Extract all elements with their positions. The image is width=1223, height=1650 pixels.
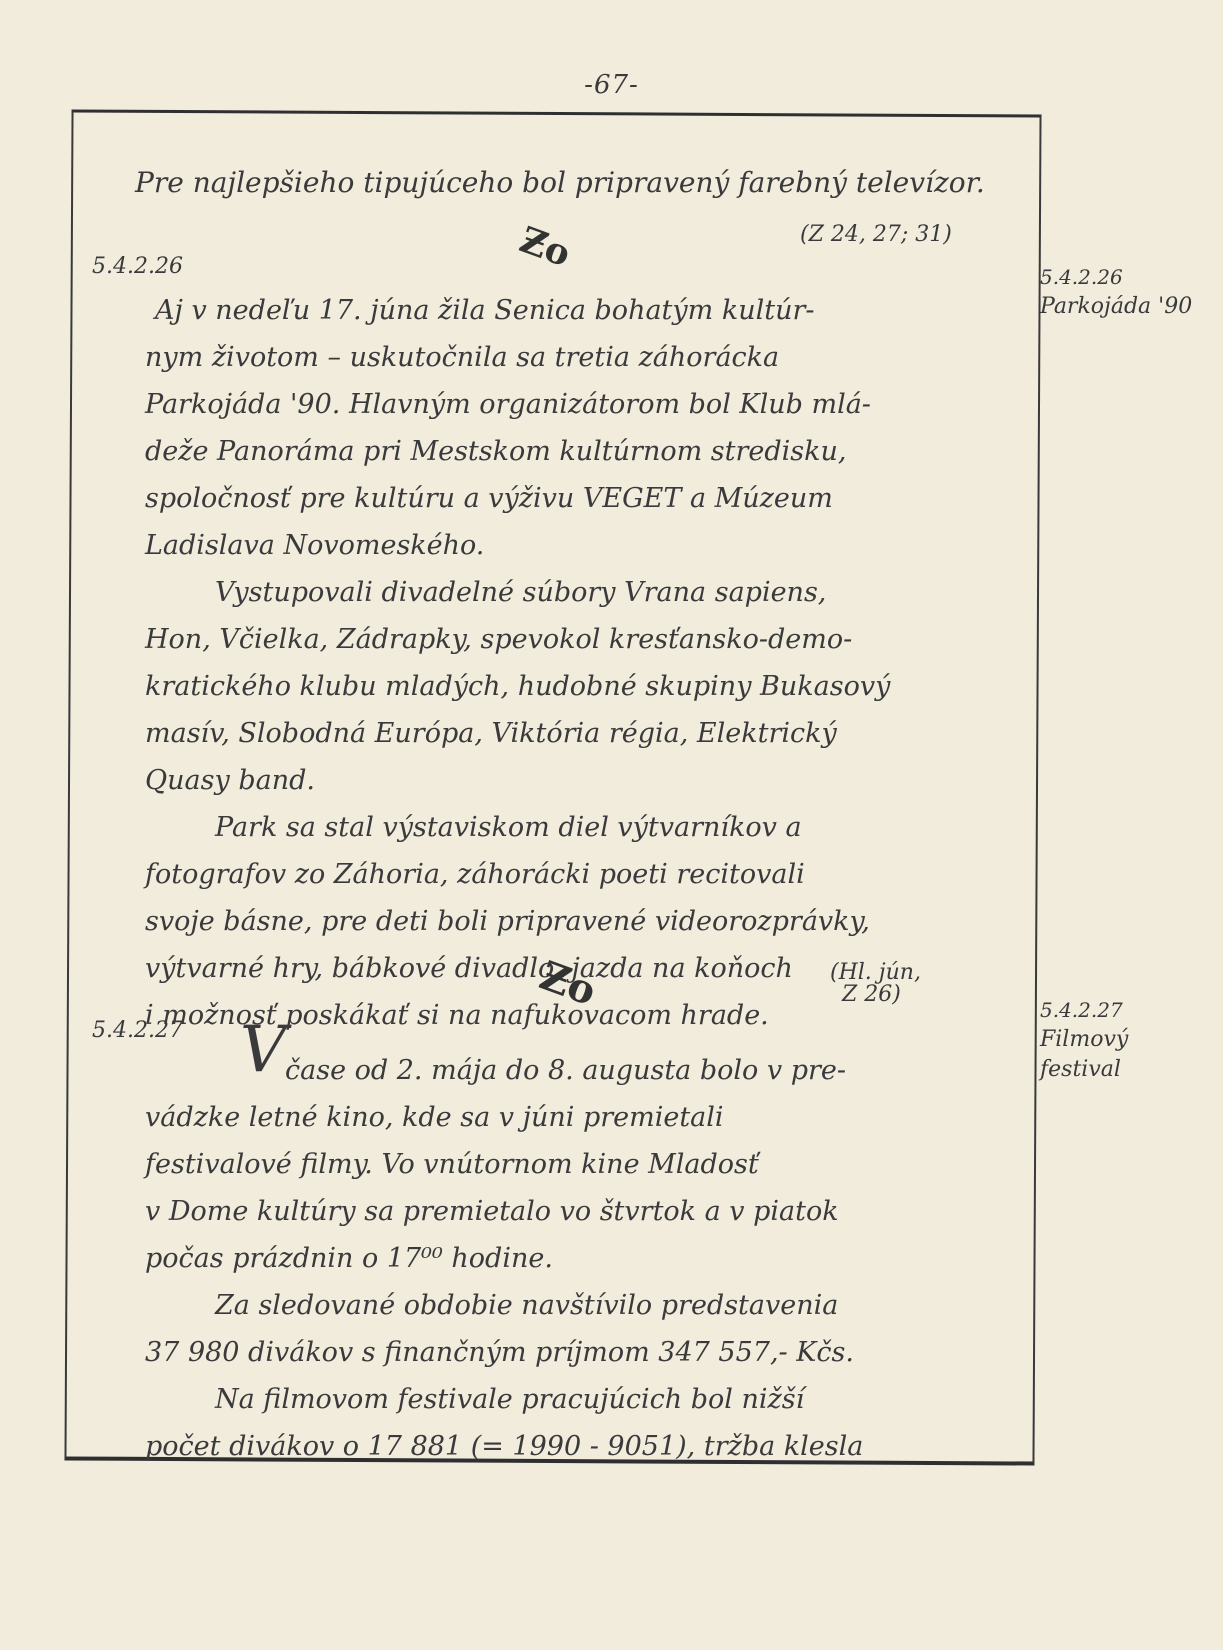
margin-note-section-1-id: 5.4.2.26 bbox=[1040, 262, 1192, 292]
text-line: Hon, Včielka, Zádrapky, spevokol kresťan… bbox=[145, 617, 890, 664]
text-line: 37 980 divákov s finančným príjmom 347 5… bbox=[145, 1330, 863, 1377]
text-line: výtvarné hry, bábkové divadlo, jazda na … bbox=[145, 946, 890, 993]
text-line: Vystupovali divadelné súbory Vrana sapie… bbox=[145, 570, 890, 617]
text-line: svoje básne, pre deti boli pripravené vi… bbox=[145, 899, 890, 946]
section-2-paragraph-3: Na filmovom festivale pracujúcich bol ni… bbox=[145, 1377, 863, 1471]
section-1-id: 5.4.2.26 bbox=[92, 254, 183, 279]
text-line: nym životom – uskutočnila sa tretia záho… bbox=[145, 335, 890, 382]
section-2-paragraph-1: čase od 2. mája do 8. augusta bolo v pre… bbox=[145, 1048, 863, 1283]
section-1-reference: (Hl. jún, Z 26) bbox=[830, 962, 921, 1006]
text-line: Ladislava Novomeského. bbox=[145, 523, 890, 570]
margin-note-section-2-title-line1: Filmový bbox=[1040, 1025, 1128, 1055]
page-number: -67- bbox=[0, 70, 1223, 100]
text-line: Parkojáda '90. Hlavným organizátorom bol… bbox=[145, 382, 890, 429]
section-1-paragraph-3: Park sa stal výstaviskom diel výtvarníko… bbox=[145, 805, 890, 1040]
section-2-id: 5.4.2.27 bbox=[92, 1018, 183, 1043]
section-1-reference-line1: (Hl. jún, bbox=[830, 962, 921, 984]
text-line: vádzke letné kino, kde sa v júni premiet… bbox=[145, 1095, 863, 1142]
text-line: deže Panoráma pri Mestskom kultúrnom str… bbox=[145, 429, 890, 476]
margin-note-section-2-id: 5.4.2.27 bbox=[1040, 995, 1128, 1025]
text-line: Quasy band. bbox=[145, 758, 890, 805]
text-line: Na filmovom festivale pracujúcich bol ni… bbox=[145, 1377, 863, 1424]
text-line: Za sledované obdobie navštívilo predstav… bbox=[145, 1283, 863, 1330]
text-line: v Dome kultúry sa premietalo vo štvrtok … bbox=[145, 1189, 863, 1236]
margin-note-section-1-title: Parkojáda '90 bbox=[1040, 292, 1192, 322]
margin-note-section-1: 5.4.2.26 Parkojáda '90 bbox=[1040, 262, 1192, 322]
section-1-paragraph-2: Vystupovali divadelné súbory Vrana sapie… bbox=[145, 570, 890, 805]
intro-reference: (Z 24, 27; 31) bbox=[800, 222, 952, 247]
text-line: festivalové filmy. Vo vnútornom kine Mla… bbox=[145, 1142, 863, 1189]
section-1-paragraph-1: Aj v nedeľu 17. júna žila Senica bohatým… bbox=[145, 288, 890, 570]
margin-note-section-2: 5.4.2.27 Filmový festival bbox=[1040, 995, 1128, 1085]
text-line: počet divákov o 17 881 (= 1990 - 9051), … bbox=[145, 1424, 863, 1471]
intro-line: Pre najlepšieho tipujúceho bol pripraven… bbox=[135, 160, 985, 206]
section-2-paragraph-2: Za sledované obdobie navštívilo predstav… bbox=[145, 1283, 863, 1377]
text-line: Aj v nedeľu 17. júna žila Senica bohatým… bbox=[145, 288, 890, 335]
text-line: Park sa stal výstaviskom diel výtvarníko… bbox=[145, 805, 890, 852]
section-1-body: Aj v nedeľu 17. júna žila Senica bohatým… bbox=[145, 288, 890, 1040]
margin-note-section-2-title-line2: festival bbox=[1040, 1055, 1128, 1085]
text-line: počas prázdnin o 17⁰⁰ hodine. bbox=[145, 1236, 863, 1283]
text-line: spoločnosť pre kultúru a výživu VEGET a … bbox=[145, 476, 890, 523]
text-line: fotografov zo Záhoria, záhorácki poeti r… bbox=[145, 852, 890, 899]
text-line: masív, Slobodná Európa, Viktória régia, … bbox=[145, 711, 890, 758]
text-line: kratického klubu mladých, hudobné skupin… bbox=[145, 664, 890, 711]
section-2-body: čase od 2. mája do 8. augusta bolo v pre… bbox=[145, 1048, 863, 1471]
section-1-reference-line2: Z 26) bbox=[830, 984, 921, 1006]
text-line: čase od 2. mája do 8. augusta bolo v pre… bbox=[145, 1048, 863, 1095]
